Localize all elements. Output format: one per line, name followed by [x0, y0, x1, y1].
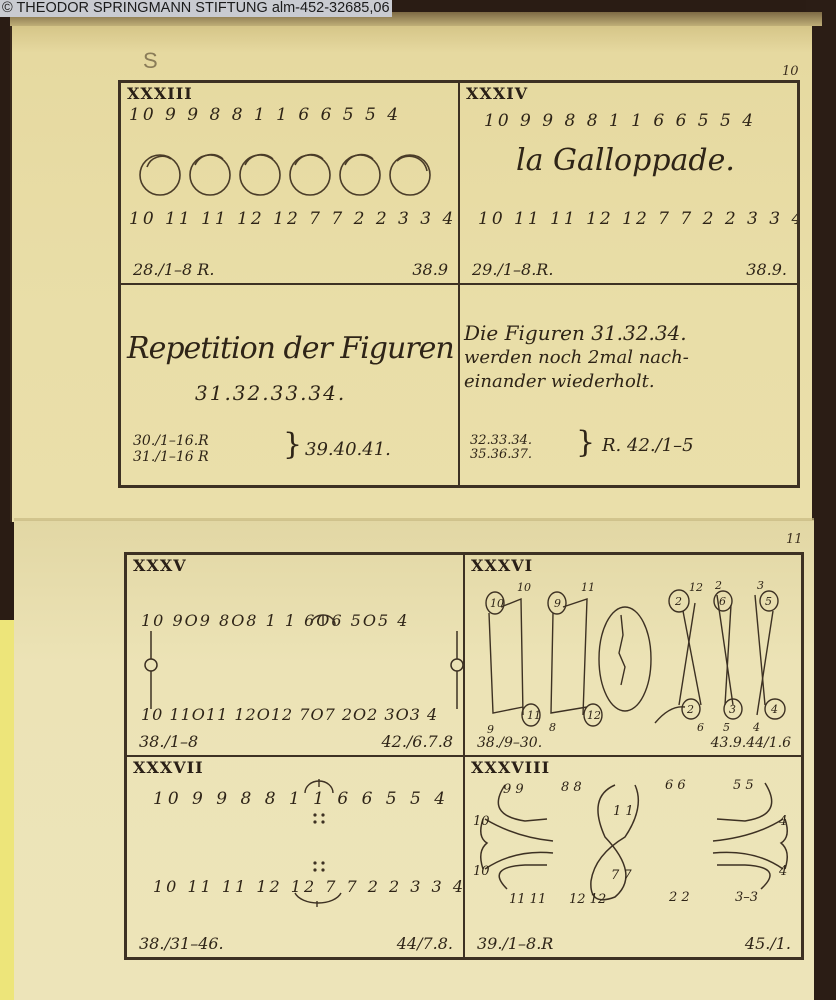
- brace: }: [576, 425, 595, 460]
- svg-text:10: 10: [490, 597, 504, 610]
- svg-text:12: 12: [587, 709, 601, 722]
- svg-text:3: 3: [729, 703, 736, 716]
- svg-text:4: 4: [770, 703, 778, 716]
- reference-right: 44/7.8.: [397, 934, 453, 953]
- bottom-row-numbers: 10 11 11 12 12 7 7 2 2 3 3 4: [129, 209, 456, 229]
- figure-xxxvi: XXXVI: [464, 554, 802, 756]
- svg-text:10: 10: [473, 814, 490, 829]
- reference-line-2: 31./1–16 R: [133, 449, 209, 465]
- svg-text:2: 2: [686, 703, 694, 716]
- reference-right: 42./6.7.8: [381, 732, 453, 751]
- reference-left: 28./1–8 R.: [133, 260, 214, 279]
- figure-repetition: Repetition der Figuren 31.32.33.34. 30./…: [120, 284, 459, 486]
- svg-text:9: 9: [554, 597, 561, 610]
- reference-line-1: 30./1–16.R: [133, 433, 209, 449]
- figure-eight-diagram: 9 98 8 6 65 5 1010 44 1 17 7 11 1112 12 …: [465, 757, 801, 957]
- figure-numeral: XXXIV: [466, 84, 528, 103]
- svg-text:6: 6: [719, 595, 726, 608]
- bottom-row-numbers: 10 11 11 12 12 7 7 2 2 3 3 4: [478, 209, 798, 229]
- page-number: 11: [786, 532, 803, 547]
- svg-text:2: 2: [674, 595, 682, 608]
- svg-text:7 7: 7 7: [611, 868, 632, 883]
- svg-text:2 2: 2 2: [668, 890, 690, 905]
- figure-xxxiv: XXXIV 10 9 9 8 8 1 1 6 6 5 5 4 la Gallop…: [459, 82, 798, 284]
- svg-text:11 11: 11 11: [509, 892, 546, 907]
- bottom-row-numbers: 10 11O11 12O12 7O7 2O2 3O3 4: [141, 705, 438, 724]
- dance-title: la Galloppade.: [516, 143, 735, 178]
- copyright-caption: © THEODOR SPRINGMANN STIFTUNG alm-452-32…: [0, 0, 392, 17]
- chain-link-diagram: [127, 555, 464, 755]
- reference-line-2: 35.36.37.: [470, 447, 532, 462]
- top-row-numbers: 10 9 9 8 8 1 1 6 6 5 5 4: [129, 105, 401, 125]
- svg-text:5: 5: [723, 721, 730, 734]
- svg-text:8: 8: [549, 721, 556, 734]
- figure-grid-page-11: XXXV 10 9O9 8O8 1 1 6O6 5O5 4 10 11O11 1…: [124, 552, 804, 960]
- reference-left: 38./9–30.: [477, 735, 542, 751]
- note-line-1: Die Figuren 31.32.34.: [464, 321, 687, 345]
- svg-text:4: 4: [778, 864, 787, 879]
- figure-grid-page-10: XXXIII 10 9 9 8 8 1 1 6 6 5 5 4 10 11 11…: [118, 80, 800, 488]
- svg-text:8 8: 8 8: [561, 780, 582, 795]
- page-number: 10: [782, 64, 799, 79]
- svg-text:1 1: 1 1: [613, 804, 634, 819]
- stamp-mark: S: [143, 48, 158, 74]
- figure-repeat-note: Die Figuren 31.32.34. werden noch 2mal n…: [459, 284, 798, 486]
- svg-text:3: 3: [757, 579, 764, 592]
- svg-text:4: 4: [752, 721, 760, 734]
- reference-right: 43.9.44/1.6: [711, 735, 791, 751]
- turn-marks-diagram: [127, 757, 464, 957]
- note-line-2: werden noch 2mal nach-: [464, 347, 689, 368]
- svg-text:10: 10: [517, 581, 531, 594]
- page-fold: [14, 518, 814, 521]
- svg-text:6 6: 6 6: [665, 778, 686, 793]
- figures-list: 31.32.33.34.: [195, 381, 346, 405]
- svg-text:4: 4: [778, 814, 787, 829]
- spiral-circles-diagram: [135, 145, 435, 205]
- svg-text:2: 2: [714, 579, 722, 592]
- svg-text:12: 12: [689, 581, 703, 594]
- reference-left: 38./31–46.: [139, 934, 224, 953]
- note-line-3: einander wiederholt.: [464, 371, 655, 392]
- svg-text:12 12: 12 12: [569, 892, 606, 907]
- svg-text:5: 5: [765, 595, 772, 608]
- svg-text:5 5: 5 5: [733, 778, 754, 793]
- reference-line-1: 32.33.34.: [470, 433, 532, 448]
- reference-right: 38.9.: [746, 260, 787, 279]
- svg-text:3–3: 3–3: [735, 890, 758, 905]
- bottom-row-numbers: 10 11 11 12 12 7 7 2 2 3 3 4: [153, 877, 464, 896]
- movement-path-diagram: 1010 911 911 812 212 26 62 35 53 44: [465, 555, 801, 755]
- figure-xxxviii: XXXVIII 9 98 8 6 65 5 1010 44 1 1: [464, 756, 802, 958]
- figure-numeral: XXXIII: [127, 84, 193, 103]
- figure-xxxvii: XXXVII 10 9 9 8 8 1 1 6 6 5 5 4 10 11 11…: [126, 756, 464, 958]
- svg-text:11: 11: [581, 581, 595, 594]
- reference-right: R. 42./1–5: [602, 435, 694, 456]
- figure-xxxv: XXXV 10 9O9 8O8 1 1 6O6 5O5 4 10 11O11 1…: [126, 554, 464, 756]
- figure-xxxiii: XXXIII 10 9 9 8 8 1 1 6 6 5 5 4 10 11 11…: [120, 82, 459, 284]
- repetition-title: Repetition der Figuren: [127, 331, 454, 366]
- reference-left: 29./1–8.R.: [472, 260, 553, 279]
- svg-text:10: 10: [473, 864, 490, 879]
- svg-text:9 9: 9 9: [503, 782, 524, 797]
- reference-left: 39./1–8.R: [477, 934, 553, 953]
- reference-right: 38.9: [412, 260, 448, 279]
- svg-text:11: 11: [527, 709, 541, 722]
- reference-right: 39.40.41.: [305, 439, 391, 460]
- svg-text:6: 6: [697, 721, 704, 734]
- reference-right: 45./1.: [745, 934, 791, 953]
- top-row-numbers: 10 9 9 8 8 1 1 6 6 5 5 4: [484, 111, 756, 131]
- reference-left: 38./1–8: [139, 732, 198, 751]
- brace: }: [283, 427, 302, 462]
